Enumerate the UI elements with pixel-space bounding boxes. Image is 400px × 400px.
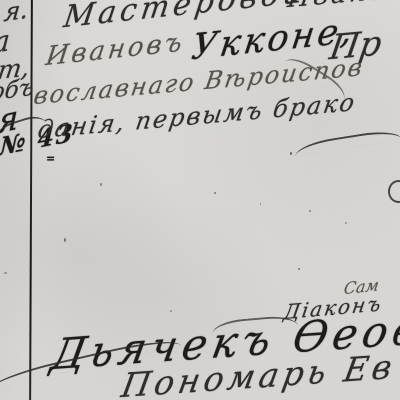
ink-speck bbox=[309, 210, 311, 212]
scanned-register-page: я. а т, объ я № 43 = Мастеровой Ивана Ив… bbox=[0, 0, 400, 400]
ink-speck bbox=[345, 222, 347, 224]
record-number-underline-mark: = bbox=[46, 152, 55, 165]
ink-speck bbox=[170, 310, 172, 312]
ink-circle-mark bbox=[388, 180, 400, 203]
ink-speck bbox=[260, 203, 261, 205]
ink-speck bbox=[4, 272, 7, 274]
ink-speck bbox=[298, 268, 300, 270]
ink-speck bbox=[64, 238, 66, 242]
ink-speck bbox=[100, 183, 102, 186]
ink-speck bbox=[290, 152, 292, 155]
ink-speck bbox=[214, 192, 216, 194]
pen-flourish bbox=[294, 128, 400, 157]
